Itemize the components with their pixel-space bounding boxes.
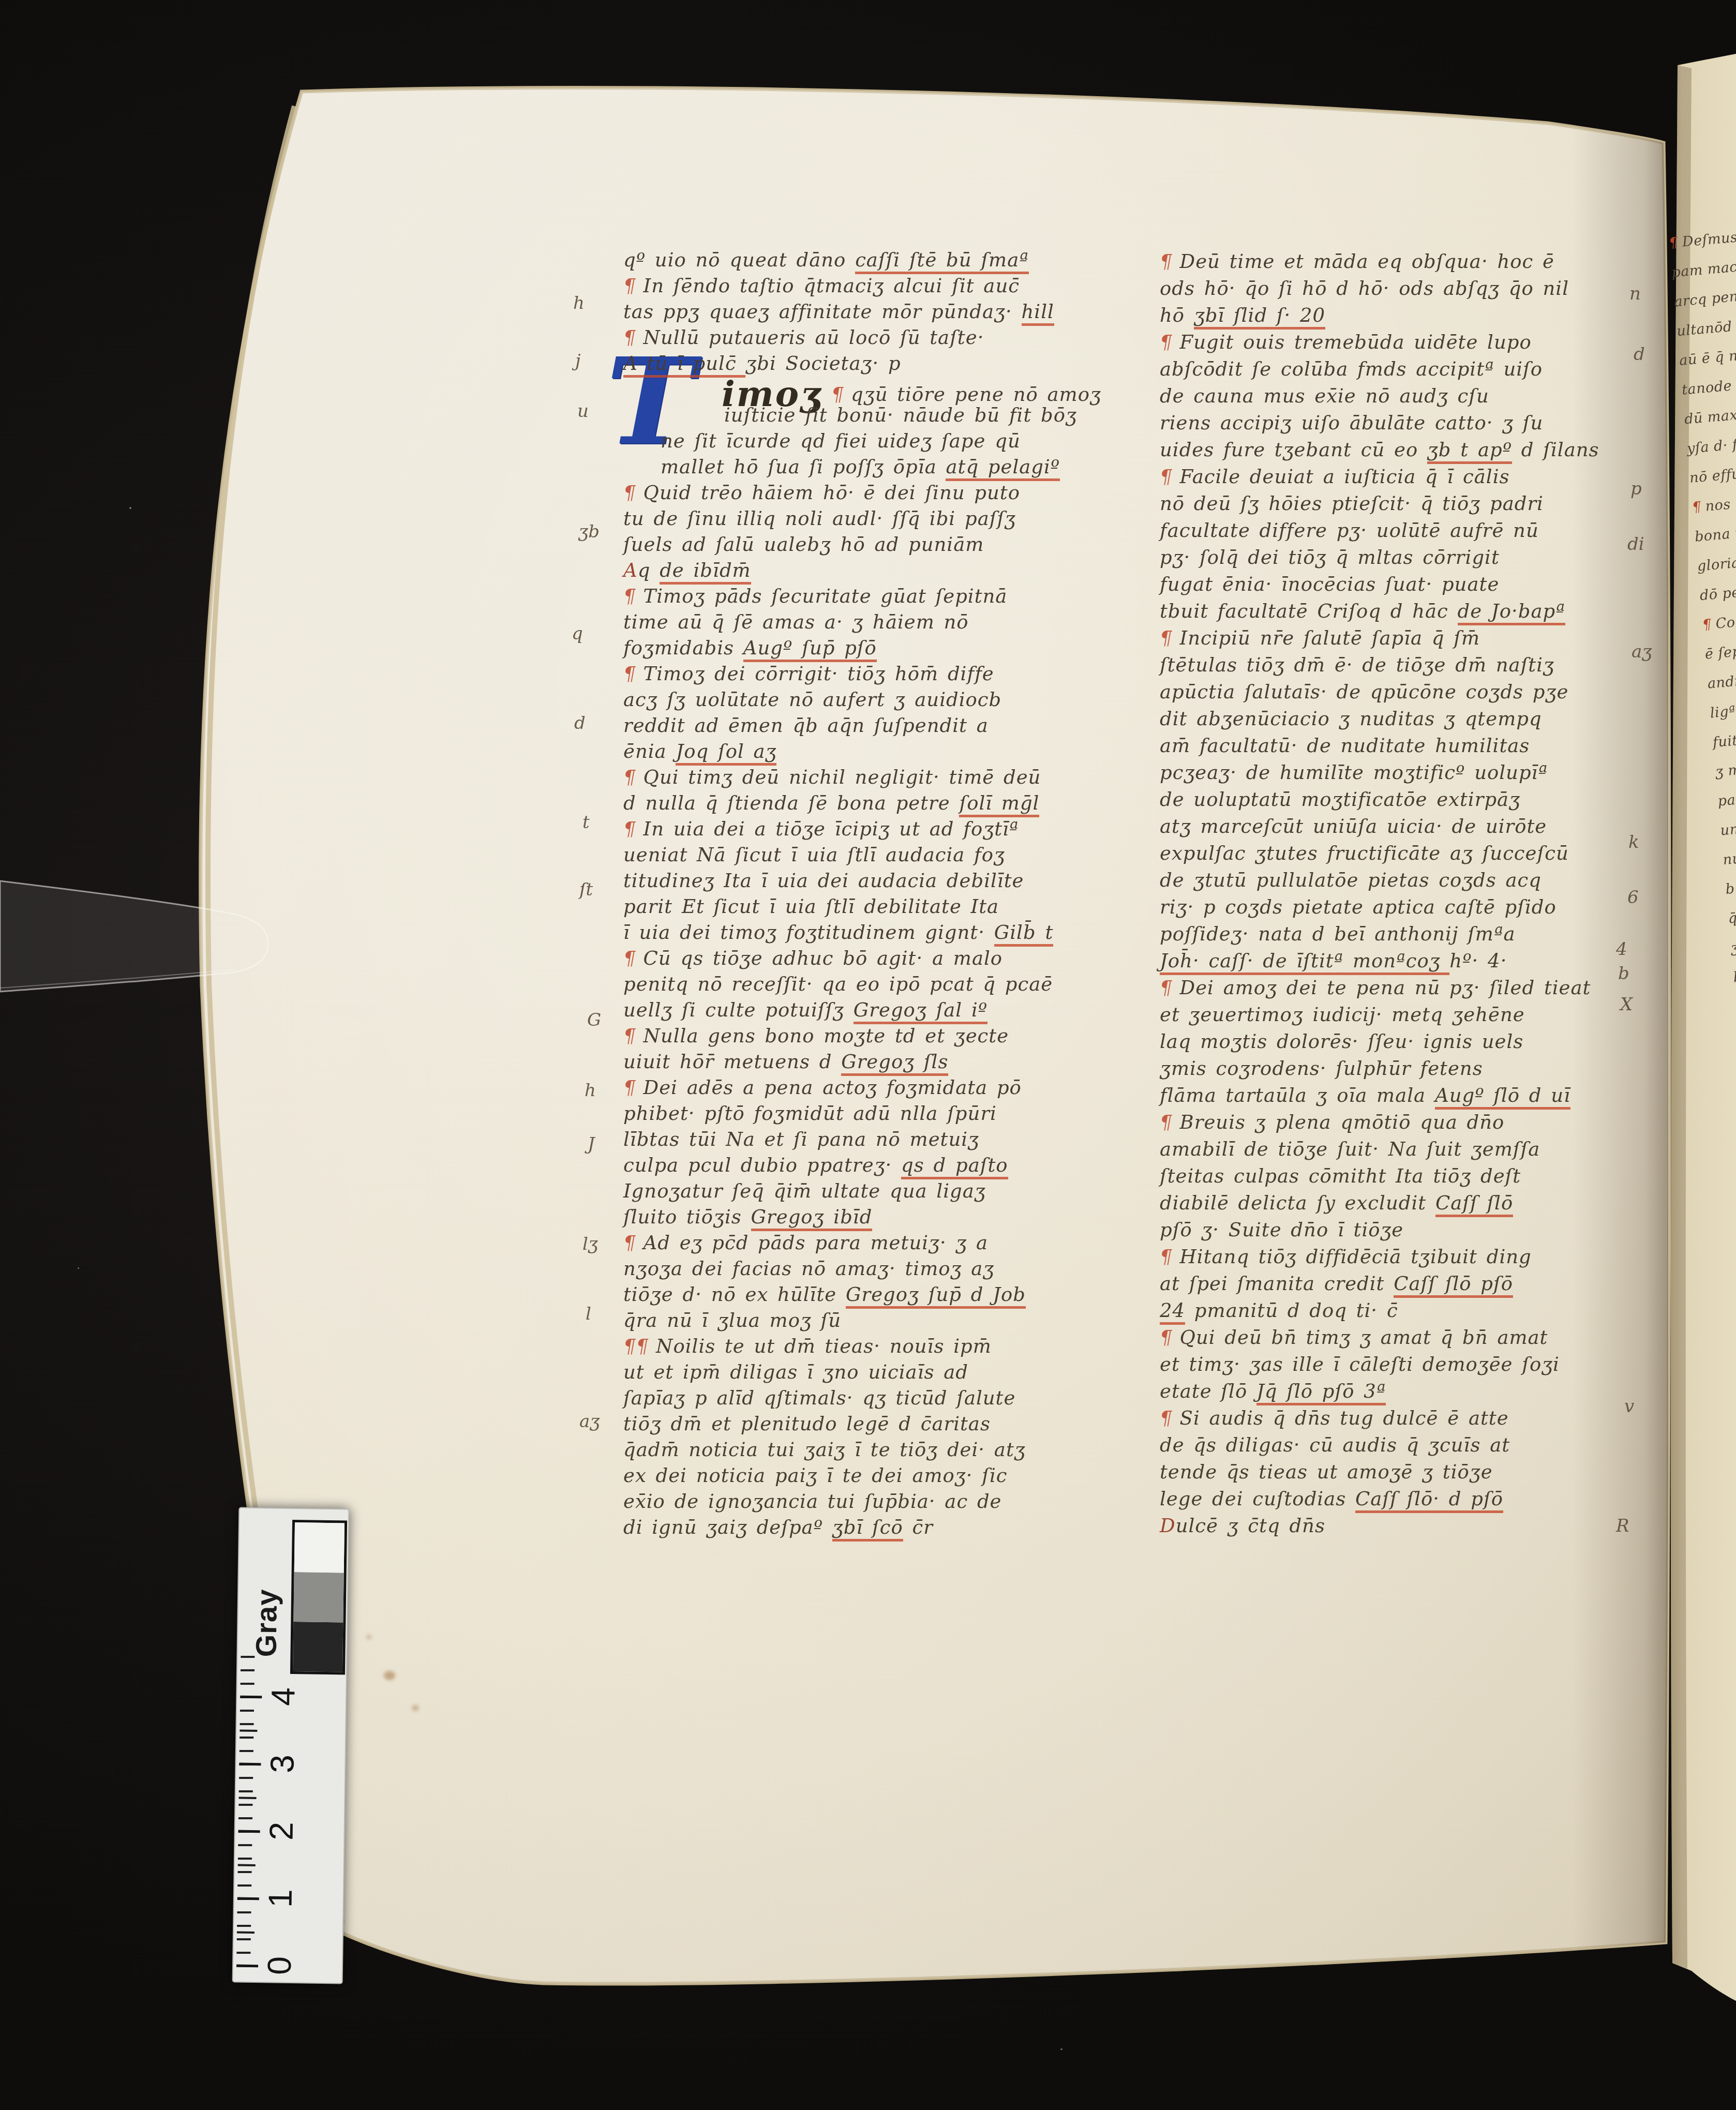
margin-letter: h xyxy=(585,1080,596,1101)
dust-speck xyxy=(78,1267,79,1269)
text-segment: tiōʒ dm̄ et plenitudo legē d c̄aritas xyxy=(623,1413,991,1435)
ruler-cm-tick xyxy=(239,1763,261,1766)
text-line: mallet hō ſua ſi poſſʒ ōpīa atq̄ pelagiº xyxy=(623,454,1101,480)
margin-letter: p xyxy=(1630,478,1642,499)
margin-letter: aʒ xyxy=(1632,641,1652,662)
text-line: dit abʒenūciacio ʒ nuditas ʒ qtempq xyxy=(1160,706,1599,732)
red-underlined-citation: ʒb t apº xyxy=(1427,439,1512,464)
text-line: ſapīaʒ p alīd qſtimals· qʒ ticūd ſalute xyxy=(623,1385,1101,1411)
text-line: abſcōdit ſe colūba fmds accipitª uiſo xyxy=(1160,356,1599,383)
text-segment: nō deū ſʒ hōies ptieſcit· q̄ tiōʒ padri xyxy=(1160,492,1544,515)
dust-speck xyxy=(129,507,131,509)
text-segment: pcʒeaʒ· de humilīte moʒtificº uolupīª xyxy=(1160,761,1548,784)
text-line: ¶Breuis ʒ plena qmōtiō qua dn̄o xyxy=(1160,1109,1599,1136)
text-segment: hō xyxy=(1160,304,1194,326)
ruler-cm-tick xyxy=(238,1830,260,1833)
margin-letter: R xyxy=(1616,1516,1629,1536)
text-segment: at ſpei ſmanita credit xyxy=(1160,1273,1394,1295)
red-underlined-citation: Caſſ ſlō pſō xyxy=(1394,1273,1513,1298)
text-line: et timʒ· ʒas ille ī cāleſti demoʒēe ſoʒi xyxy=(1160,1351,1599,1378)
margin-letter: 4 xyxy=(1616,939,1627,960)
text-segment: tende q̄s tieas ut amoʒē ʒ tiōʒe xyxy=(1160,1461,1493,1483)
margin-letter: q xyxy=(572,623,583,644)
text-segment: pʒ· ſolq̄ dei tiōʒ q̄ mltas cōrrigit xyxy=(1160,546,1500,568)
text-line: d nulla q̄ ſtienda ſē bona petre ſolī mḡ… xyxy=(623,790,1101,816)
text-segment: titudineʒ Ita ī uia dei audacia debilīte xyxy=(623,870,1024,892)
red-underlined-citation: de ibīdm̄ xyxy=(660,559,751,585)
text-segment: Qui timʒ deū nichil negligit· timē deū xyxy=(643,766,1041,788)
text-line: lege dei cuſtodias Caſſ ſlō· d pſō xyxy=(1160,1486,1599,1513)
text-segment: foʒmidabis xyxy=(623,637,743,659)
text-segment: uides fure tʒebant cū eo xyxy=(1160,439,1427,461)
text-segment: q̄adm̄ noticia tui ʒaiʒ ī te tiōʒ dei· a… xyxy=(623,1439,1026,1461)
text-line: ſuels ad ſalū ualebʒ hō ad puniām xyxy=(623,532,1101,558)
margin-letter: ſt xyxy=(579,879,593,900)
text-line: at ſpei ſmanita credit Caſſ ſlō pſō xyxy=(1160,1270,1599,1297)
text-line: de uoluptatū moʒtificatōe extirpāʒ xyxy=(1160,786,1599,813)
gray-scale-card-content: 01234 Gray Scale xyxy=(233,1508,349,1983)
text-line: tbuit facultatē Criſoq d hāc de Jo·bapª xyxy=(1160,598,1599,625)
text-line: pʒ· ſolq̄ dei tiōʒ q̄ mltas cōrrigit xyxy=(1160,544,1599,571)
text-segment: Incipiū nr̄e ſalutē ſapīa q̄ ſm̄ xyxy=(1180,627,1480,649)
red-underlined-citation: Augº ſup̄ pſō xyxy=(743,637,877,662)
text-line: Dulcē ʒ c̄tq dn̄s xyxy=(1160,1513,1599,1539)
text-segment: dit abʒenūciacio ʒ nuditas ʒ qtempq xyxy=(1160,708,1542,730)
text-segment: Cū qs tiōʒe adhuc bō agit· a malo xyxy=(643,947,1003,969)
text-line: ¶Nulla gens bono moʒte td et ʒecte xyxy=(623,1023,1101,1049)
stain xyxy=(412,1705,419,1711)
text-segment: ſtētulas tiōʒ dm̄ ē· de tiōʒe dm̄ naſtiʒ xyxy=(1160,654,1554,676)
text-line: ¶Fugit ouis tremebūda uidēte lupo xyxy=(1160,329,1599,356)
pilcrow-mark: ¶ xyxy=(1157,1405,1175,1432)
text-segment: poſſideʒ· nata d beī anthonij ſmªa xyxy=(1160,923,1516,945)
text-line: Ignoʒatur ſeq̄ q̄im̄ ultate qua ligaʒ xyxy=(623,1178,1101,1204)
text-segment: lege dei cuſtodias xyxy=(1160,1488,1355,1510)
text-segment: Nulla gens bono moʒte td et ʒecte xyxy=(643,1025,1009,1047)
ruler-number: 1 xyxy=(261,1889,300,1908)
text-line: diabilē delicta ſy excludit Caſſ ſlō xyxy=(1160,1190,1599,1217)
text-line: expulſac ʒtutes fructificāte aʒ ſucceſcū xyxy=(1160,840,1599,867)
text-line: ¶Timoʒ pāds ſecuritate gūat ſepitnā xyxy=(623,583,1101,609)
text-line: Aq de ibīdm̄ xyxy=(623,558,1101,583)
ruler-half-tick xyxy=(237,1932,255,1934)
text-line: uiuit hōr̄ metuens d Gregoʒ ſls xyxy=(623,1049,1101,1075)
text-segment: atʒ marceſcūt uniūſa uicia· de uirōte xyxy=(1160,815,1547,837)
text-segment: nʒoʒa dei facias nō amaʒ· timoʒ aʒ xyxy=(623,1258,994,1280)
ruler-minor-ticks xyxy=(236,1655,255,1967)
text-segment: expulſac ʒtutes fructificāte aʒ ſucceſcū xyxy=(1160,842,1569,864)
text-segment: tas ppʒ quaeʒ affinitate mōr pūndaʒ· xyxy=(623,301,1022,323)
text-line: ¶Timoʒ dei cōrrigit· tiōʒ hōm̄ diffe xyxy=(623,661,1101,687)
text-segment: abſcōdit ſe colūba fmds accipitª uiſo xyxy=(1160,358,1543,380)
text-segment: Breuis ʒ plena qmōtiō qua dn̄o xyxy=(1180,1111,1505,1133)
text-line: ¶Dei adēs a pena actoʒ foʒmidata pō xyxy=(623,1075,1101,1101)
text-line: de cauna mus ex̄ie nō audʒ cſu xyxy=(1160,383,1599,410)
text-segment: Noilis te ut dm̄ tieas· nouīs ipm̄ xyxy=(656,1335,992,1357)
text-line: lībtas tūi Na et ſi pana nō metuiʒ xyxy=(623,1127,1101,1153)
text-line: tiōʒ dm̄ et plenitudo legē d c̄aritas xyxy=(623,1411,1101,1437)
gray-scale-card: 01234 Gray Scale xyxy=(232,1507,350,1984)
ruler-number: 3 xyxy=(263,1755,301,1774)
margin-letter: l xyxy=(586,1304,591,1324)
text-segment: Fugit ouis tremebūda uidēte lupo xyxy=(1180,331,1532,353)
text-segment: ods hō· q̄o ſi hō d hō· ods abſqʒ q̄o ni… xyxy=(1160,277,1569,300)
text-line: riʒ· p coʒds pietate aptica caſtē pſido xyxy=(1160,894,1599,921)
text-segment: tu de ſinu illiq noli audl· ſſq̄ ibi paſ… xyxy=(623,507,1016,530)
text-line: reddit ad ēmen q̄b aq̄n ſuſpendit a xyxy=(623,713,1101,739)
pilcrow-mark: ¶ xyxy=(1157,463,1175,490)
text-line: 24 pmanitū d doq ti· c̄ xyxy=(1160,1297,1599,1324)
ruler-half-tick xyxy=(238,1864,256,1866)
margin-letter: 6 xyxy=(1627,887,1639,908)
gray-patch-black xyxy=(293,1622,343,1672)
text-segment: d ſilans xyxy=(1512,439,1599,461)
text-segment: Hitanq tiōʒ diffidēciā tʒibuit ding xyxy=(1180,1246,1532,1268)
text-line: q̄ra nū ī ʒlua moʒ ſū xyxy=(623,1308,1101,1334)
text-segment: q̄ra nū ī ʒlua moʒ ſū xyxy=(623,1309,841,1331)
ruler-cm-tick xyxy=(237,1897,259,1901)
text-segment: Dei adēs a pena actoʒ foʒmidata pō xyxy=(643,1076,1022,1099)
text-segment: pmanitū d doq ti· c̄ xyxy=(1185,1299,1398,1322)
ruler-half-tick xyxy=(239,1797,257,1799)
text-segment: ʒmis coʒrodens· ſulphūr fetens xyxy=(1160,1057,1483,1080)
text-segment: ut et ipm̄ diligas ī ʒno uiciaīs ad xyxy=(623,1361,968,1383)
text-line: ſluito tiōʒis Gregoʒ ibīd xyxy=(623,1204,1101,1230)
text-line: ſtētulas tiōʒ dm̄ ē· de tiōʒe dm̄ naſtiʒ xyxy=(1160,652,1599,679)
text-segment: ueniat Nā ſicut ī uia ſtlī audacia foʒ xyxy=(623,844,1005,866)
gray-patch-gray xyxy=(293,1572,343,1622)
red-underlined-citation: Gregoʒ ſls xyxy=(841,1051,948,1076)
pilcrow-mark: ¶ xyxy=(1157,975,1175,1001)
red-underlined-citation: Jq̄ ſlō pſō 3ª xyxy=(1256,1380,1386,1405)
text-line: nō deū ſʒ hōies ptieſcit· q̄ tiōʒ padri xyxy=(1160,490,1599,517)
text-line: ut et ipm̄ diligas ī ʒno uiciaīs ad xyxy=(623,1359,1101,1385)
pilcrow-mark: ¶ xyxy=(1701,609,1713,640)
pilcrow-mark: ¶ xyxy=(1157,625,1175,652)
text-line: ods hō· q̄o ſi hō d hō· ods abſqʒ q̄o ni… xyxy=(1160,275,1599,302)
text-line: ¶Quid trēo hāiem hō· ē dei ſinu puto xyxy=(623,480,1101,506)
text-segment: Qui deū bn̄ timʒ ʒ amat q̄ bn̄ amat xyxy=(1180,1326,1548,1349)
text-line: ¶Deū time et māda eq obſqua· hoc ē xyxy=(1160,248,1599,275)
text-line: phibet· pſtō foʒmidūt adū nlla ſpūri xyxy=(623,1101,1101,1127)
stain xyxy=(384,1671,395,1680)
text-segment: c̄r xyxy=(903,1516,933,1538)
margin-letter: t xyxy=(582,812,590,833)
text-segment: hº· 4· xyxy=(1449,950,1507,972)
pilcrow-mark: ¶ xyxy=(621,325,638,351)
text-segment: A xyxy=(623,559,638,581)
text-segment: Quid trēo hāiem hō· ē dei ſinu puto xyxy=(643,482,1020,504)
pilcrow-mark: ¶ xyxy=(621,816,638,842)
margin-letter: n xyxy=(1629,283,1641,304)
text-segment: penitq nō receſſit· qa eo ipō pcat q̄ pc… xyxy=(623,973,1053,995)
text-line: ¶Ad eʒ pc̄d pāds para metuiʒ· ʒ a xyxy=(623,1230,1101,1256)
text-segment: ulcē ʒ c̄tq dn̄s xyxy=(1176,1515,1325,1537)
text-segment: iuſticie fit bonū· nāude bū fit bōʒ xyxy=(724,404,1077,426)
text-line: ¶Si audis q̄ dn̄s tug dulcē ē atte xyxy=(1160,1405,1599,1432)
text-segment: riens accipiʒ uiſo ābulāte catto· ʒ ſu xyxy=(1160,412,1543,434)
text-segment: mallet hō ſua ſi poſſʒ ōpīa xyxy=(661,456,946,478)
margin-letter: j xyxy=(575,351,581,371)
text-line: ex dei noticia paiʒ ī te dei amoʒ· ſic xyxy=(623,1463,1101,1489)
text-line: q̄adm̄ noticia tui ʒaiʒ ī te tiōʒ dei· a… xyxy=(623,1437,1101,1463)
pilcrow-mark: ¶ xyxy=(1668,228,1680,258)
text-line: ¶Cū qs tiōʒe adhuc bō agit· a malo xyxy=(623,946,1101,971)
text-line: acʒ ſʒ uolūtate nō aufert ʒ auidiocb xyxy=(623,687,1101,713)
text-line: laq moʒtis dolorēs· ſſeu· ignis uels xyxy=(1160,1028,1599,1055)
text-line: etate ſlō Jq̄ ſlō pſō 3ª xyxy=(1160,1378,1599,1405)
red-underlined-citation: Joq ſol aʒ xyxy=(676,740,776,766)
text-segment: reddit ad ēmen q̄b aq̄n ſuſpendit a xyxy=(623,714,989,737)
text-line: culpa pcul dubio ppatreʒ· qs d paſto xyxy=(623,1153,1101,1178)
text-segment: In ſēndo taſtio q̄tmaciʒ alcui ſit auc̄ xyxy=(643,275,1020,297)
ruler-ticks xyxy=(236,1655,262,1968)
text-segment: ſteitas culpas cōmitht Ita tiōʒ deſt xyxy=(1160,1165,1521,1187)
text-line: ī uia dei timoʒ foʒtitudinem gignt· Gilb… xyxy=(623,920,1101,946)
red-underlined-citation: ſolī mḡl xyxy=(959,792,1039,817)
text-segment: ſluito tiōʒis xyxy=(623,1206,751,1228)
pilcrow-mark: ¶¶ xyxy=(621,1334,651,1359)
text-segment: riʒ· p coʒds pietate aptica caſtē pſido xyxy=(1160,896,1557,918)
text-segment: ſuels ad ſalū ualebʒ hō ad puniām xyxy=(623,533,984,556)
red-underlined-citation: Augº ſlō d uī xyxy=(1435,1084,1570,1110)
text-segment: time aū q̄ ſē amas a· ʒ hāiem nō xyxy=(623,611,969,633)
text-segment: q xyxy=(638,559,660,581)
text-line: facultate differe pʒ· uolūtē aufrē nū xyxy=(1160,517,1599,544)
red-underlined-citation: Gregoʒ ſal iº xyxy=(854,999,987,1024)
text-line: fugat ēnia· īnocēcias ſuat· puate xyxy=(1160,571,1599,598)
red-underlined-citation: hill xyxy=(1022,301,1054,326)
text-line: tiōʒe d· nō ex hūlīte Gregoʒ ſup̄ d Job xyxy=(623,1282,1101,1308)
ruler-number: 4 xyxy=(264,1687,302,1707)
margin-letter: h xyxy=(573,293,585,313)
text-segment: ēnia xyxy=(623,740,676,762)
text-line: ¶Incipiū nr̄e ſalutē ſapīa q̄ ſm̄ xyxy=(1160,625,1599,652)
text-segment: pſō ʒ· Suite dn̄o ī tiōʒe xyxy=(1160,1219,1403,1241)
text-line: hō ʒbī ſlid ſ· 20 xyxy=(1160,302,1599,329)
text-line: uellʒ ſi culte potuiſſʒ Gregoʒ ſal iº xyxy=(623,997,1101,1023)
text-line: imoʒ ¶qʒū tiōre pene nō amoʒ xyxy=(623,377,1101,402)
text-segment: flāma tartaūla ʒ oīa mala xyxy=(1160,1084,1435,1106)
text-segment: de ʒtutū pullulatōe pietas coʒds acq xyxy=(1160,869,1542,891)
red-underlined-citation: atq̄ pelagiº xyxy=(946,456,1060,481)
text-line: ne ſit īcurde qd fiei uideʒ ſape qū xyxy=(623,428,1101,454)
pilcrow-mark: ¶ xyxy=(621,946,638,971)
text-line: nʒoʒa dei facias nō amaʒ· timoʒ aʒ xyxy=(623,1256,1101,1282)
text-segment: ex̄io de ignoʒancia tui ſup̄bia· ac de xyxy=(623,1490,1001,1513)
text-segment: de uoluptatū moʒtificatōe extirpāʒ xyxy=(1160,788,1520,811)
ruler-number: 2 xyxy=(262,1822,300,1841)
pilcrow-mark: ¶ xyxy=(621,1230,638,1256)
text-line: poſſideʒ· nata d beī anthonij ſmªa xyxy=(1160,921,1599,948)
pilcrow-mark: ¶ xyxy=(621,583,638,609)
red-underlined-citation: 24 xyxy=(1160,1299,1185,1325)
text-line: ¶Facile deuiat a iuſticia q̄ ī cālis xyxy=(1160,463,1599,490)
text-line: tas ppʒ quaeʒ affinitate mōr pūndaʒ· hil… xyxy=(623,299,1101,325)
text-line: pſō ʒ· Suite dn̄o ī tiōʒe xyxy=(1160,1217,1599,1244)
text-segment: Timoʒ dei cōrrigit· tiōʒ hōm̄ diffe xyxy=(643,663,994,685)
text-segment: uiuit hōr̄ metuens d xyxy=(623,1051,841,1073)
text-segment: D xyxy=(1160,1515,1176,1537)
text-segment: apūctia ſalutaīs· de qpūcōne coʒds pʒe xyxy=(1160,681,1568,703)
text-segment: Nullū putaueris aū locō ſū taſte· xyxy=(643,326,984,349)
text-line: A tū ī pulc̄ ʒbi Societaʒ· p xyxy=(623,351,1101,377)
pilcrow-mark: ¶ xyxy=(621,273,638,299)
red-underlined-citation: de Jo·bapª xyxy=(1458,600,1565,625)
text-line: foʒmidabis Augº ſup̄ pſō xyxy=(623,635,1101,661)
text-line: atʒ marceſcūt uniūſa uicia· de uirōte xyxy=(1160,813,1599,840)
pilcrow-mark: ¶ xyxy=(621,1075,638,1101)
text-line: ¶¶Noilis te ut dm̄ tieas· nouīs ipm̄ xyxy=(623,1334,1101,1359)
margin-letter: J xyxy=(588,1134,595,1155)
text-line: titudineʒ Ita ī uia dei audacia debilīte xyxy=(623,868,1101,894)
text-segment: parit Et ſicut ī uia ſtlī debilitate Ita xyxy=(623,895,999,918)
gray-scale-patches xyxy=(290,1520,347,1674)
text-column-2: ¶Deū time et māda eq obſqua· hoc ēods hō… xyxy=(1160,248,1599,1539)
text-segment: qº uio nō queat dāno xyxy=(623,249,855,271)
gray-scale-label: Gray Scale xyxy=(243,1512,291,1657)
pilcrow-mark: ¶ xyxy=(621,765,638,790)
text-line: am̄ facultatū· de nuditate humilitas xyxy=(1160,732,1599,759)
text-line: de ʒtutū pullulatōe pietas coʒds acq xyxy=(1160,867,1599,894)
margin-letter: u xyxy=(577,401,589,422)
pilcrow-mark: ¶ xyxy=(621,480,638,506)
red-underlined-citation: Caſſ ſlō xyxy=(1435,1192,1513,1217)
text-segment: d nulla q̄ ſtienda ſē bona petre xyxy=(623,792,959,814)
text-segment: ſapīaʒ p alīd qſtimals· qʒ ticūd ſalute xyxy=(623,1387,1015,1409)
text-line: penitq nō receſſit· qa eo ipō pcat q̄ pc… xyxy=(623,971,1101,997)
text-line: time aū q̄ ſē amas a· ʒ hāiem nō xyxy=(623,609,1101,635)
pilcrow-mark: ¶ xyxy=(1157,1324,1175,1351)
text-line: apūctia ſalutaīs· de qpūcōne coʒds pʒe xyxy=(1160,679,1599,706)
text-line: ¶In uia dei a tiōʒe īcipiʒ ut ad foʒtīª xyxy=(623,816,1101,842)
margin-letter: di xyxy=(1627,534,1644,555)
text-segment: ex dei noticia paiʒ ī te dei amoʒ· ſic xyxy=(623,1464,1007,1487)
margin-letter: d xyxy=(574,713,586,734)
text-segment: tbuit facultatē Criſoq d hāc xyxy=(1160,600,1458,622)
ruler-number: 0 xyxy=(260,1956,298,1976)
text-line: pcʒeaʒ· de humilīte moʒtificº uolupīª xyxy=(1160,759,1599,786)
text-segment: de q̄s diligas· cū audis q̄ ʒcuīs at xyxy=(1160,1434,1510,1456)
text-line: amabilī de tiōʒe ſuit· Na ſuit ʒemſſa xyxy=(1160,1136,1599,1163)
text-segment: facultate differe pʒ· uolūtē aufrē nū xyxy=(1160,519,1539,542)
stain xyxy=(366,1635,371,1639)
text-segment: Facile deuiat a iuſticia q̄ ī cālis xyxy=(1180,466,1510,488)
text-line: ʒmis coʒrodens· ſulphūr fetens xyxy=(1160,1055,1599,1082)
text-line: ¶Qui timʒ deū nichil negligit· timē deū xyxy=(623,765,1101,790)
text-column-1: qº uio nō queat dāno caſſi ſtē bū ſmaª¶I… xyxy=(623,247,1101,1540)
pilcrow-mark: ¶ xyxy=(1157,1244,1175,1270)
text-line: de q̄s diligas· cū audis q̄ ʒcuīs at xyxy=(1160,1432,1599,1459)
text-segment: phibet· pſtō foʒmidūt adū nlla ſpūri xyxy=(623,1102,997,1125)
text-segment: de cauna mus ex̄ie nō audʒ cſu xyxy=(1160,385,1489,407)
pilcrow-mark: ¶ xyxy=(1691,492,1703,522)
text-segment: Ignoʒatur ſeq̄ q̄im̄ ultate qua ligaʒ xyxy=(623,1180,986,1202)
text-line: ¶Nullū putaueris aū locō ſū taſte· xyxy=(623,325,1101,351)
text-line: ēnia Joq ſol aʒ xyxy=(623,739,1101,765)
text-segment: lībtas tūi Na et ſi pana nō metuiʒ xyxy=(623,1128,979,1150)
text-segment: In uia dei a tiōʒe īcipiʒ ut ad foʒtīª xyxy=(643,818,1019,840)
text-segment: acʒ ſʒ uolūtate nō aufert ʒ auidiocb xyxy=(623,689,1001,711)
gray-patch-white xyxy=(294,1522,345,1573)
text-line: ſteitas culpas cōmitht Ita tiōʒ deſt xyxy=(1160,1163,1599,1190)
ruler-cm-tick xyxy=(240,1696,262,1699)
text-segment: fugat ēnia· īnocēcias ſuat· puate xyxy=(1160,573,1499,595)
ruler-cm-tick xyxy=(236,1965,258,1968)
dust-speck xyxy=(1060,2048,1062,2050)
text-line: uides fure tʒebant cū eo ʒb t apº d ſila… xyxy=(1160,437,1599,463)
text-segment: ʒbi Societaʒ· p xyxy=(745,352,901,375)
red-underlined-citation: Gregoʒ ibīd xyxy=(751,1206,873,1231)
text-segment: amabilī de tiōʒe ſuit· Na ſuit ʒemſſa xyxy=(1160,1138,1540,1160)
margin-letter: lʒ xyxy=(582,1234,598,1254)
red-underlined-citation: Caſſ ſlō· d pſō xyxy=(1355,1488,1503,1513)
text-line: riens accipiʒ uiſo ābulāte catto· ʒ ſu xyxy=(1160,410,1599,437)
text-line: ueniat Nā ſicut ī uia ſtlī audacia foʒ xyxy=(623,842,1101,868)
pilcrow-mark: ¶ xyxy=(1157,329,1175,356)
red-underlined-citation: ʒbī ſcō xyxy=(832,1516,903,1542)
pilcrow-mark: ¶ xyxy=(1157,248,1175,275)
margin-letter: k xyxy=(1628,832,1639,852)
text-segment: ī uia dei timoʒ foʒtitudinem gignt· xyxy=(623,921,994,944)
manuscript-photo-scene: T qº uio nō queat dāno caſſi ſtē bū ſmaª… xyxy=(0,0,1736,2110)
text-line: et ʒeuertimoʒ iudicij· metq ʒehēne xyxy=(1160,1001,1599,1028)
text-segment: ne ſit īcurde qd fiei uideʒ ſape qū xyxy=(661,430,1021,452)
text-line: qº uio nō queat dāno caſſi ſtē bū ſmaª xyxy=(623,247,1101,273)
red-underlined-citation: ʒbī ſlid ſ· 20 xyxy=(1194,304,1325,330)
text-segment: am̄ facultatū· de nuditate humilitas xyxy=(1160,735,1530,757)
margin-letter: X xyxy=(1620,994,1633,1015)
text-segment: tiōʒe d· nō ex hūlīte xyxy=(623,1283,846,1306)
text-segment: et ʒeuertimoʒ iudicij· metq ʒehēne xyxy=(1160,1004,1525,1026)
text-segment: Timoʒ pāds ſecuritate gūat ſepitnā xyxy=(643,585,1008,607)
margin-letter: aʒ xyxy=(579,1411,600,1432)
red-underlined-citation: Gregoʒ ſup̄ d Job xyxy=(846,1283,1026,1309)
text-line: ¶Hitanq tiōʒ diffidēciā tʒibuit ding xyxy=(1160,1244,1599,1270)
text-line: iuſticie fit bonū· nāude bū fit bōʒ xyxy=(623,402,1101,428)
text-segment: et timʒ· ʒas ille ī cāleſti demoʒēe ſoʒi xyxy=(1160,1353,1560,1375)
text-segment: Ad eʒ pc̄d pāds para metuiʒ· ʒ a xyxy=(643,1232,989,1254)
text-line: tu de ſinu illiq noli audl· ſſq̄ ibi paſ… xyxy=(623,506,1101,532)
text-line: ¶In ſēndo taſtio q̄tmaciʒ alcui ſit auc̄ xyxy=(623,273,1101,299)
text-line: Joh̄· caſſ· de īſtitª monªcoʒ hº· 4· xyxy=(1160,948,1599,975)
text-segment: di ignū ʒaiʒ deſpaº xyxy=(623,1516,832,1538)
text-line: di ignū ʒaiʒ deſpaº ʒbī ſcō c̄r xyxy=(623,1515,1101,1540)
margin-letter: d xyxy=(1634,344,1645,365)
text-line: ¶Qui deū bn̄ timʒ ʒ amat q̄ bn̄ amat xyxy=(1160,1324,1599,1351)
margin-letter: v xyxy=(1624,1396,1634,1417)
pilcrow-mark: ¶ xyxy=(621,1023,638,1049)
text-segment: culpa pcul dubio ppatreʒ· xyxy=(623,1154,901,1176)
text-segment: Si audis q̄ dn̄s tug dulcē ē atte xyxy=(1180,1407,1509,1429)
red-underlined-citation: qs d paſto xyxy=(901,1154,1008,1179)
text-line: tende q̄s tieas ut amoʒē ʒ tiōʒe xyxy=(1160,1459,1599,1486)
text-segment: uellʒ ſi culte potuiſſʒ xyxy=(623,999,854,1021)
pilcrow-mark: ¶ xyxy=(621,661,638,687)
text-segment: Deū time et māda eq obſqua· hoc ē xyxy=(1180,250,1554,273)
text-segment: laq moʒtis dolorēs· ſſeu· ignis uels xyxy=(1160,1030,1523,1053)
text-line: flāma tartaūla ʒ oīa mala Augº ſlō d uī xyxy=(1160,1082,1599,1109)
text-segment: etate ſlō xyxy=(1160,1380,1256,1402)
text-segment: Dei amoʒ dei te pena nū pʒ· ſiled tieat xyxy=(1180,977,1591,999)
text-line: ex̄io de ignoʒancia tui ſup̄bia· ac de xyxy=(623,1489,1101,1515)
red-underlined-citation: caſſi ſtē bū ſmaª xyxy=(855,249,1029,274)
text-line: parit Et ſicut ī uia ſtlī debilitate Ita xyxy=(623,894,1101,920)
text-segment: diabilē delicta ſy excludit xyxy=(1160,1192,1435,1214)
margin-letter: b xyxy=(1618,963,1629,984)
margin-letter: ʒb xyxy=(578,521,600,542)
red-underlined-citation: Joh̄· caſſ· de īſtitª monªcoʒ xyxy=(1160,950,1449,975)
